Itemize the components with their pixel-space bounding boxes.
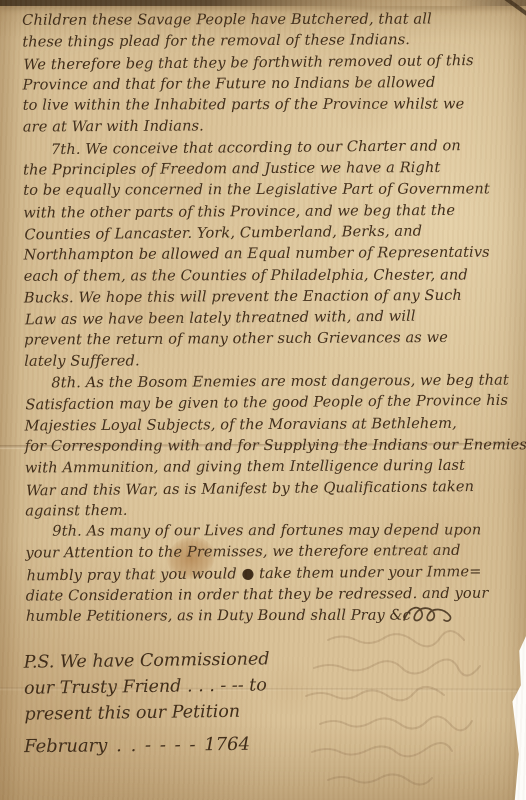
postscript-line: present this our Petition [24,698,270,727]
manuscript-line: We therefore beg that they be forthwith … [23,51,521,77]
manuscript-line: the Pprinciples of Freedom and Justice w… [23,159,521,183]
postscript: P.S. We have Commissioned our Trusty Fri… [23,646,270,727]
date-line: February . . - - - - 1764 [24,734,250,757]
postscript-line: our Trusty Friend . . . - -- to [24,672,270,701]
right-edge-tear [510,636,526,800]
page-top-edge [0,0,526,6]
flourish-scribble [402,601,454,629]
manuscript-line: War and this War, as is Manifest by the … [26,477,524,503]
manuscript-line: Northhampton be allowed an Equal number … [24,244,522,268]
manuscript-line: lately Suffered. [24,351,522,374]
manuscript-line-article-7: 7th. We conceive that according to our C… [24,136,522,162]
bleedthrough-marks [258,628,520,798]
manuscript-line: each of them, as the Counties of Philade… [24,266,522,289]
manuscript-line: for Corresponding with and for Supplying… [25,436,523,459]
manuscript-line: Children these Savage People have Butche… [22,10,520,33]
manuscript-line: to live within the Inhabited parts of th… [23,95,521,118]
postscript-line: P.S. We have Commissioned [23,646,269,675]
manuscript-line-article-9: 9th. As many of our Lives and fortunes m… [25,521,523,544]
petition-body: Children these Savage People have Butche… [22,9,524,630]
manuscript-line: to be equally concerned in the Legislati… [23,181,521,204]
manuscript-line: humbly pray that you would ● take them u… [26,562,524,588]
manuscript-page: Children these Savage People have Butche… [0,0,526,800]
manuscript-line: Majesties Loyal Subjects, of the Moravia… [25,414,523,438]
manuscript-line: prevent the return of many other such Gr… [24,329,522,353]
manuscript-line: Province and that for the Future no Indi… [23,73,521,97]
